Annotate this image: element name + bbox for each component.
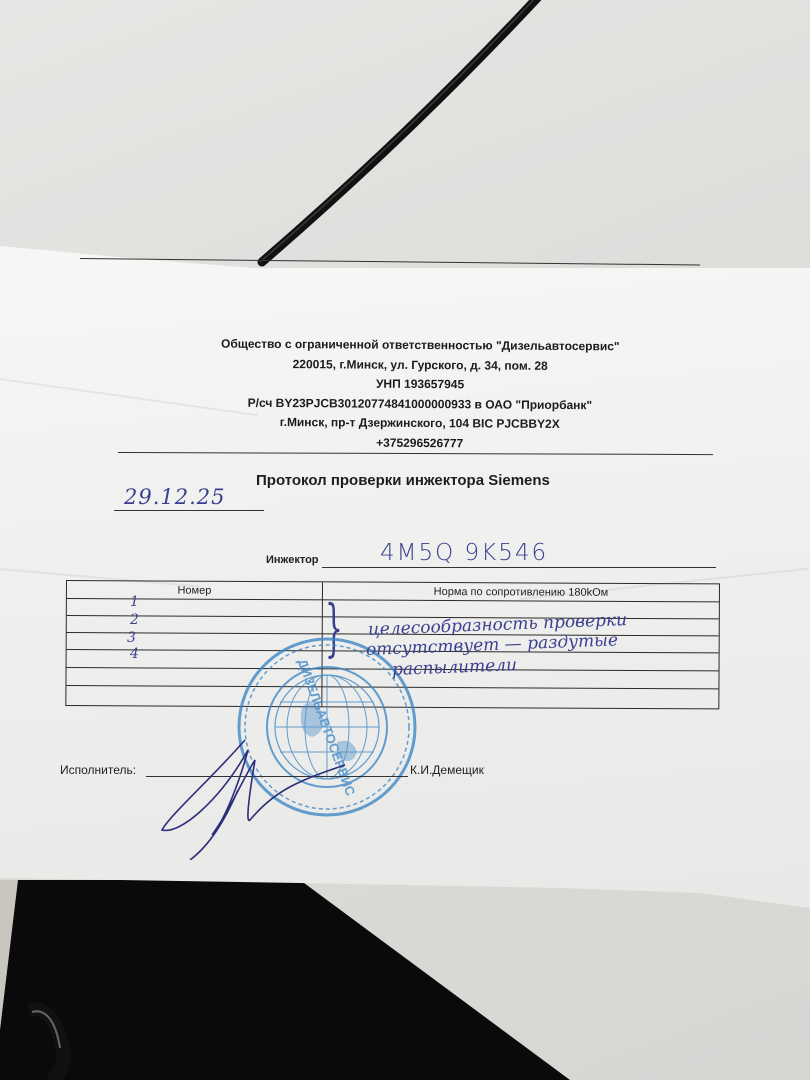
column-header-resistance: Норма по сопротивлению 180kОм [323, 585, 719, 599]
company-header: Общество с ограниченной ответственностью… [210, 335, 631, 455]
row-number: 2 [130, 612, 139, 628]
column-header-number: Номер [67, 584, 322, 597]
bank-account: Р/сч BY23PJCB30120774841000000933 в ОАО … [210, 393, 630, 415]
injector-line [322, 567, 716, 568]
date-line [114, 510, 264, 511]
company-name: Общество с ограниченной ответственностью… [210, 335, 630, 357]
executor-label: Исполнитель: [60, 763, 136, 777]
row-number: 3 [127, 630, 136, 646]
document-title: Протокол проверки инжектора Siemens [256, 472, 550, 489]
row-number: 4 [130, 646, 139, 662]
row-number: 1 [130, 594, 139, 610]
cable-icon [0, 0, 810, 300]
pen-icon [28, 990, 88, 1080]
executor-name: К.И.Демещик [410, 763, 484, 777]
injector-value: 4M5Q 9K546 [380, 540, 548, 566]
signature [150, 720, 350, 860]
company-phone: +375296526777 [210, 432, 630, 454]
injector-label: Инжектор [266, 554, 319, 566]
date-handwritten: 29.12.25 [124, 485, 226, 509]
